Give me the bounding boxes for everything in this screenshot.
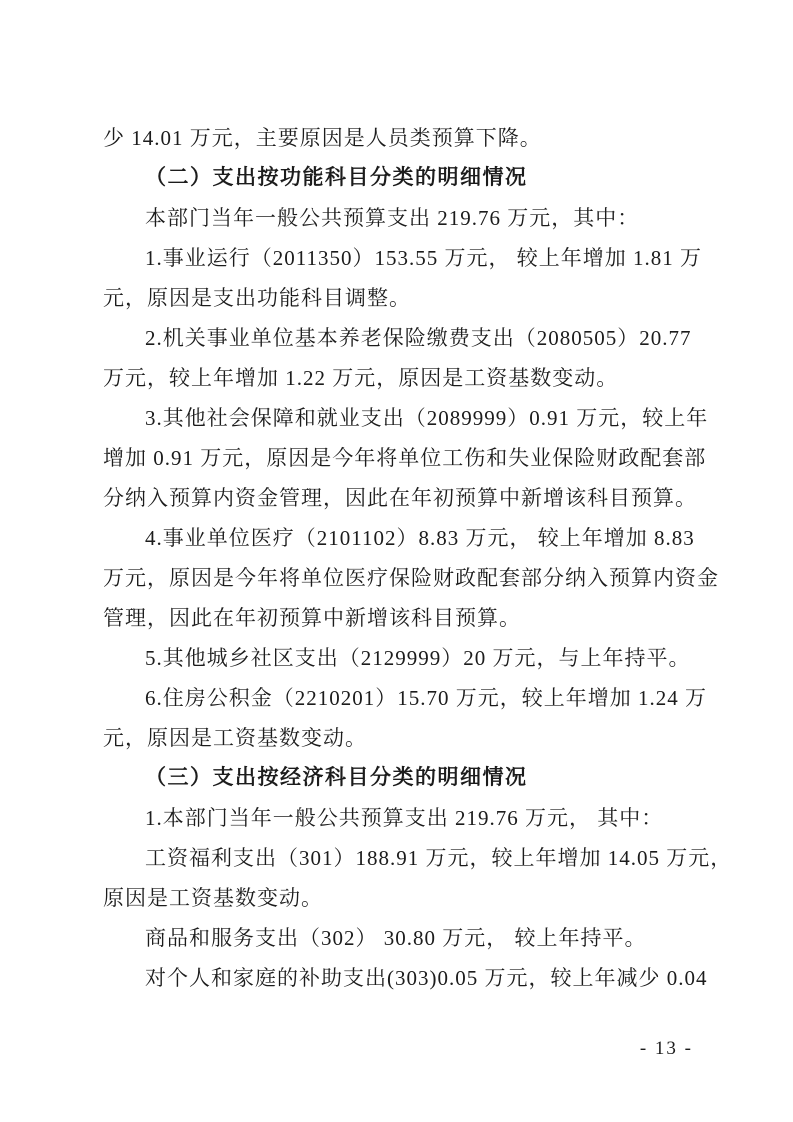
text-line: 1.事业运行（2011350）153.55 万元， 较上年增加 1.81 万	[103, 238, 707, 278]
text-line: 元，原因是工资基数变动。	[103, 718, 707, 758]
document-page: 少 14.01 万元，主要原因是人员类预算下降。（二）支出按功能科目分类的明细情…	[0, 0, 793, 1122]
text-line: 1.本部门当年一般公共预算支出 219.76 万元， 其中：	[103, 798, 707, 838]
text-line: 万元，原因是今年将单位医疗保险财政配套部分纳入预算内资金	[103, 558, 707, 598]
text-line: 少 14.01 万元，主要原因是人员类预算下降。	[103, 118, 707, 158]
text-line: 工资福利支出（301）188.91 万元，较上年增加 14.05 万元，	[103, 838, 707, 878]
text-line: 万元，较上年增加 1.22 万元，原因是工资基数变动。	[103, 358, 707, 398]
text-line: 分纳入预算内资金管理，因此在年初预算中新增该科目预算。	[103, 478, 707, 518]
text-line: 3.其他社会保障和就业支出（2089999）0.91 万元，较上年	[103, 398, 707, 438]
text-line: 5.其他城乡社区支出（2129999）20 万元，与上年持平。	[103, 638, 707, 678]
text-line: 原因是工资基数变动。	[103, 878, 707, 918]
text-line: 6.住房公积金（2210201）15.70 万元，较上年增加 1.24 万	[103, 678, 707, 718]
text-line: 商品和服务支出（302） 30.80 万元， 较上年持平。	[103, 918, 707, 958]
section-heading: （三）支出按经济科目分类的明细情况	[103, 758, 707, 798]
section-heading: （二）支出按功能科目分类的明细情况	[103, 158, 707, 198]
text-line: 4.事业单位医疗（2101102）8.83 万元， 较上年增加 8.83	[103, 518, 707, 558]
document-body: 少 14.01 万元，主要原因是人员类预算下降。（二）支出按功能科目分类的明细情…	[103, 118, 707, 998]
text-line: 元，原因是支出功能科目调整。	[103, 278, 707, 318]
page-number: - 13 -	[103, 1038, 693, 1060]
text-line: 增加 0.91 万元，原因是今年将单位工伤和失业保险财政配套部	[103, 438, 707, 478]
text-line: 2.机关事业单位基本养老保险缴费支出（2080505）20.77	[103, 318, 707, 358]
text-line: 管理，因此在年初预算中新增该科目预算。	[103, 598, 707, 638]
text-line: 本部门当年一般公共预算支出 219.76 万元，其中：	[103, 198, 707, 238]
text-line: 对个人和家庭的补助支出(303)0.05 万元，较上年减少 0.04	[103, 958, 707, 998]
